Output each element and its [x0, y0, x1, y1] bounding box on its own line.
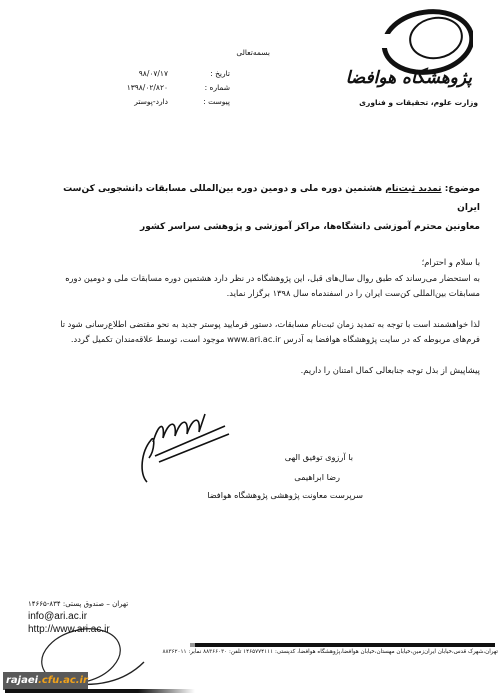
- signature-block: با آرزوی توفیق الهی رضا ابراهیمی سرپرست …: [105, 412, 355, 507]
- po-box: تهران – صندوق پستی: ۸۳۴-۱۴۶۶۵: [28, 600, 128, 608]
- watermark-underline: [5, 689, 195, 693]
- meta-label: تاریخ :: [180, 69, 230, 78]
- subject-line: موضوع: تمدید ثبت‌نام هشتمین دوره ملی و د…: [40, 180, 480, 218]
- letter-body: با سلام و احترام؛ به استحضار می‌رساند که…: [40, 255, 480, 378]
- signer-name: رضا ابراهیمی: [294, 472, 340, 482]
- watermark-part1: rajaei: [6, 675, 38, 686]
- letter-meta: تاریخ : ۹۸/۰۷/۱۷ شماره : ۱۳۹۸/۰۲/۸۲۰ پیو…: [90, 66, 230, 108]
- meta-date: تاریخ : ۹۸/۰۷/۱۷: [90, 66, 230, 80]
- subject-prefix: موضوع:: [442, 184, 480, 194]
- email-link[interactable]: info@ari.ac.ir: [28, 611, 87, 622]
- basmala: بسمه‌تعالی: [210, 48, 270, 57]
- meta-value: دارد-پوستر: [90, 97, 180, 106]
- handwritten-signature-icon: [125, 412, 235, 487]
- paragraph-1: به استحضار می‌رساند که طبق روال سال‌های …: [40, 271, 480, 302]
- closing: پیشاپیش از بذل توجه جنابعالی کمال امتنان…: [40, 363, 480, 379]
- meta-value: ۱۳۹۸/۰۲/۸۲۰: [90, 83, 180, 92]
- recipient-line: معاونین محترم آموزشی دانشگاه‌ها، مراکز آ…: [40, 218, 480, 237]
- ari-ellipse-logo-icon: [378, 8, 473, 76]
- greeting: با سلام و احترام؛: [40, 255, 480, 271]
- website-link[interactable]: http://www.ari.ac.ir: [28, 624, 110, 635]
- footer-address: تهران،شهرک قدس،خیابان ایران‌زمین،خیابان …: [120, 649, 498, 655]
- meta-attachment: پیوست : دارد-پوستر: [90, 94, 230, 108]
- organization-name: پژوهشگاه هوافضا: [346, 68, 472, 88]
- meta-number: شماره : ۱۳۹۸/۰۲/۸۲۰: [90, 80, 230, 94]
- ministry-name: وزارت علوم، تحقیقات و فناوری: [359, 98, 478, 107]
- meta-value: ۹۸/۰۷/۱۷: [90, 69, 180, 78]
- meta-label: شماره :: [180, 83, 230, 92]
- letter-subject: موضوع: تمدید ثبت‌نام هشتمین دوره ملی و د…: [40, 180, 480, 237]
- closing-wish: با آرزوی توفیق الهی: [285, 452, 353, 462]
- watermark-badge: rajaei.cfu.ac.ir: [3, 672, 88, 690]
- footer-rule: [195, 643, 495, 647]
- meta-label: پیوست :: [180, 97, 230, 106]
- signer-title: سرپرست معاونت پژوهشی پژوهشگاه هوافضا: [207, 490, 363, 500]
- subject-underlined: تمدید ثبت‌نام: [385, 184, 441, 194]
- paragraph-2: لذا خواهشمند است با توجه به تمدید زمان ث…: [40, 317, 480, 348]
- organization-logo: پژوهشگاه هوافضا وزارت علوم، تحقیقات و فن…: [360, 6, 490, 116]
- watermark-part2: .cfu.ac.ir: [38, 675, 88, 686]
